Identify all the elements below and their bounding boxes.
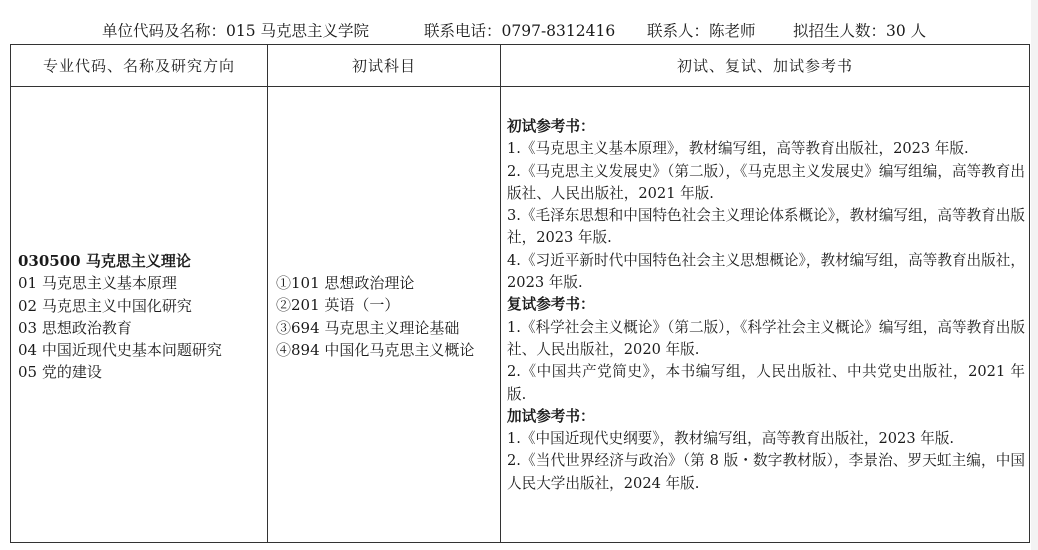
subjects-cell: ①101 思想政治理论 ②201 英语（一） ③694 马克思主义理论基础 ④8… [268, 87, 501, 543]
direction-item: 01 马克思主义基本原理 [18, 272, 222, 294]
admission-info-line: 单位代码及名称：015 马克思主义学院 联系电话：0797-8312416 联系… [0, 20, 1038, 42]
initial-books-title: 初试参考书： [507, 116, 1025, 138]
direction-item: 02 马克思主义中国化研究 [18, 295, 222, 317]
major-block: 030500 马克思主义理论 01 马克思主义基本原理 02 马克思主义中国化研… [18, 250, 222, 384]
books-cell: 初试参考书： 1.《马克思主义基本原理》，教材编写组，高等教育出版社，2023 … [501, 87, 1030, 543]
retest-books-title: 复试参考书： [507, 294, 1025, 316]
contact-phone: 联系电话：0797-8312416 [424, 20, 615, 42]
unit-code-name: 单位代码及名称：015 马克思主义学院 [102, 20, 369, 42]
book-entry: 3.《毛泽东思想和中国特色社会主义理论体系概论》，教材编写组，高等教育出版社，2… [507, 205, 1025, 250]
book-entry: 1.《中国近现代史纲要》，教材编写组，高等教育出版社，2023 年版. [507, 428, 1025, 450]
book-entry: 2.《中国共产党简史》，本书编写组，人民出版社、中共党史出版社，2021 年版. [507, 361, 1025, 406]
subject-item: ④894 中国化马克思主义概论 [276, 339, 474, 361]
page-edge-shadow [1031, 0, 1038, 550]
subjects-list: ①101 思想政治理论 ②201 英语（一） ③694 马克思主义理论基础 ④8… [276, 272, 474, 361]
admission-table: 专业代码、名称及研究方向 初试科目 初试、复试、加试参考书 030500 马克思… [10, 44, 1030, 543]
direction-item: 04 中国近现代史基本问题研究 [18, 339, 222, 361]
book-entry: 1.《科学社会主义概论》（第二版），《科学社会主义概论》编写组，高等教育出版社、… [507, 317, 1025, 362]
book-entry: 4.《习近平新时代中国特色社会主义思想概论》，教材编写组，高等教育出版社，202… [507, 250, 1025, 295]
book-entry: 2.《马克思主义发展史》（第二版），《马克思主义发展史》编写组编，高等教育出版社… [507, 161, 1025, 206]
subject-item: ③694 马克思主义理论基础 [276, 317, 474, 339]
table-row: 030500 马克思主义理论 01 马克思主义基本原理 02 马克思主义中国化研… [11, 87, 1030, 543]
book-entry: 2.《当代世界经济与政治》（第 8 版・数字教材版），李景治、罗天虹主编，中国人… [507, 450, 1025, 495]
additional-books-title: 加试参考书： [507, 406, 1025, 428]
subject-item: ②201 英语（一） [276, 294, 474, 316]
contact-person: 联系人：陈老师 [647, 20, 756, 42]
book-entry: 1.《马克思主义基本原理》，教材编写组，高等教育出版社，2023 年版. [507, 138, 1025, 160]
enrollment-quota: 拟招生人数：30 人 [793, 20, 926, 42]
header-books: 初试、复试、加试参考书 [501, 45, 1030, 87]
table-header-row: 专业代码、名称及研究方向 初试科目 初试、复试、加试参考书 [11, 45, 1030, 87]
direction-item: 05 党的建设 [18, 361, 222, 383]
header-subjects: 初试科目 [268, 45, 501, 87]
direction-item: 03 思想政治教育 [18, 317, 222, 339]
header-major: 专业代码、名称及研究方向 [11, 45, 268, 87]
books-block: 初试参考书： 1.《马克思主义基本原理》，教材编写组，高等教育出版社，2023 … [507, 116, 1025, 495]
major-cell: 030500 马克思主义理论 01 马克思主义基本原理 02 马克思主义中国化研… [11, 87, 268, 543]
major-title: 030500 马克思主义理论 [18, 250, 222, 272]
subject-item: ①101 思想政治理论 [276, 272, 474, 294]
